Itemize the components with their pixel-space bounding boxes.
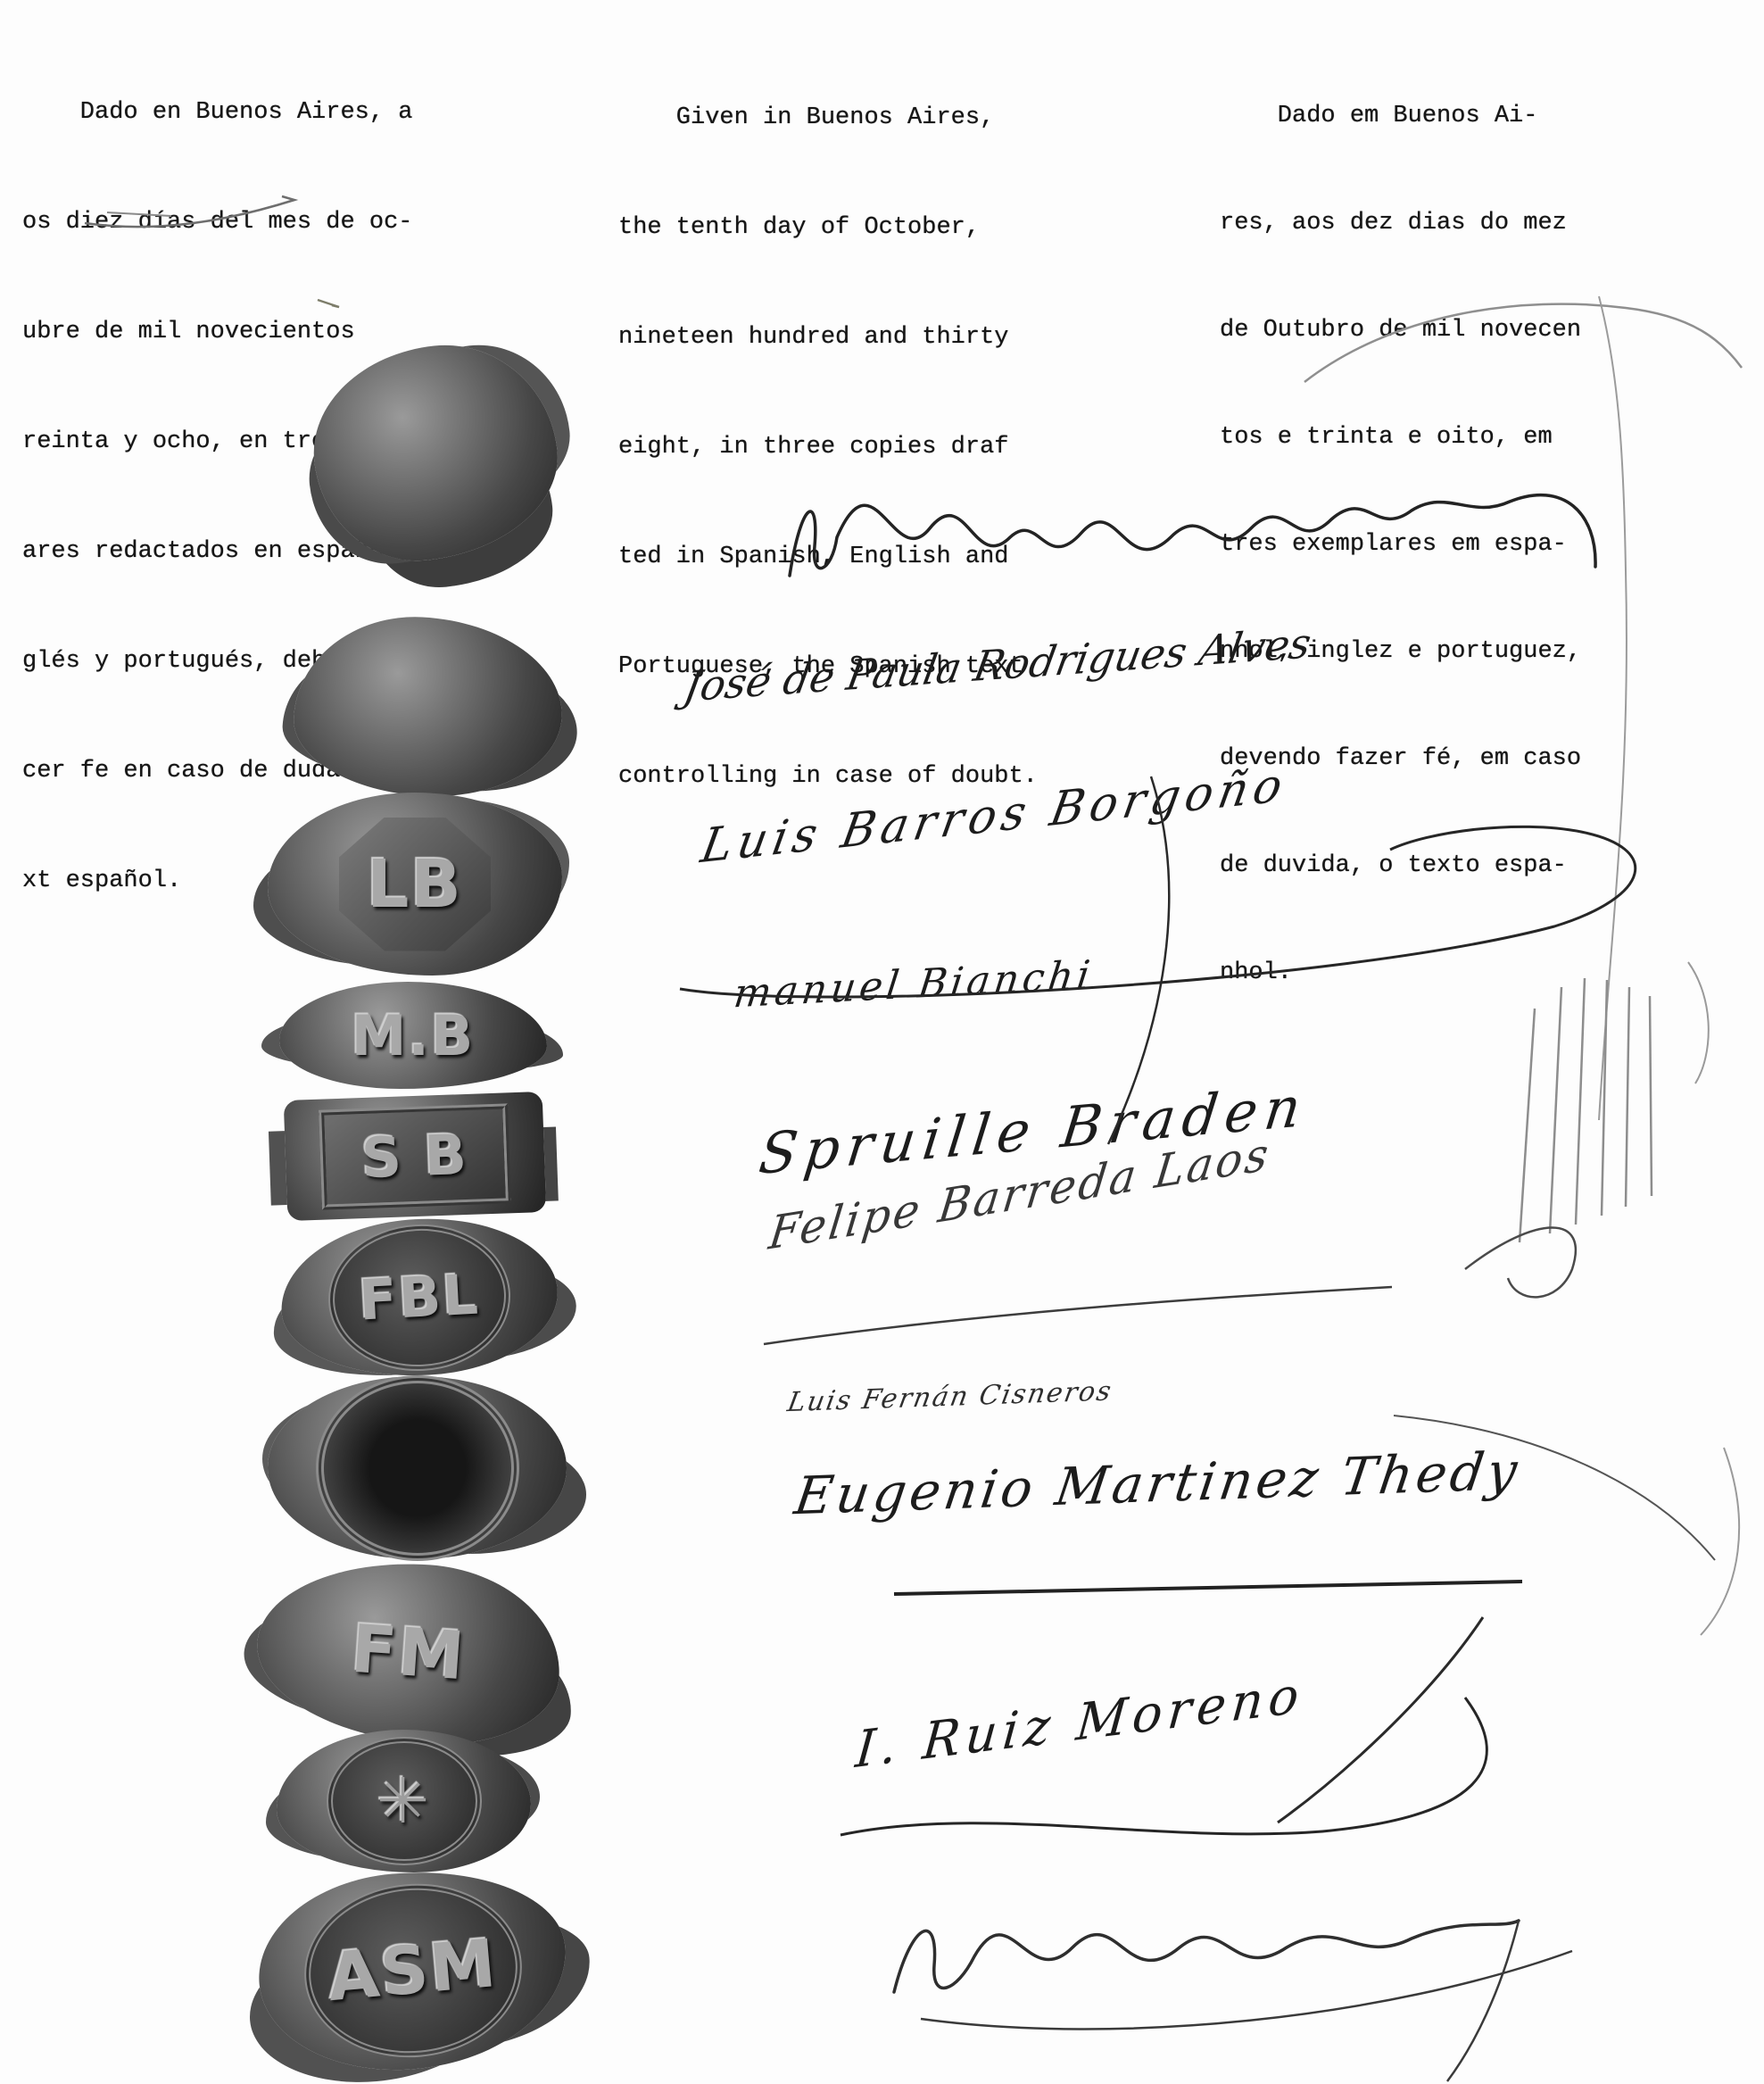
signature-manuel-bianchi: manuel Bianchi	[732, 952, 1097, 1017]
signature-8-pencil-squiggle	[1701, 1448, 1739, 1635]
text-line: tres exemplares em espa-	[1220, 527, 1581, 562]
text-line: Dado en Buenos Aires, a	[22, 95, 412, 131]
wax-seal-8: FM	[251, 1553, 566, 1752]
signature-ruiz-moreno: I. Ruiz Moreno	[853, 1665, 1306, 1780]
seal-monogram-plate: S B	[319, 1103, 511, 1209]
seal-ring: ASM	[297, 1875, 529, 2067]
seal-monogram-sb: S B	[360, 1122, 469, 1191]
seal-ring: ✳	[327, 1737, 482, 1865]
text-line: ubre de mil novecientos	[22, 314, 412, 351]
signature-1-pencil-descender	[1599, 296, 1627, 1120]
signature-fernan-cisneros: Luis Fernán Cisneros	[785, 1375, 1115, 1418]
signature-9-cross-stroke	[1278, 1617, 1483, 1822]
pencil-curl-mark	[1688, 962, 1709, 1084]
english-column: Given in Buenos Aires, the tenth day of …	[618, 27, 1038, 868]
signature-10-underline	[921, 1951, 1572, 2029]
seal-monogram-fbl: FBL	[358, 1262, 482, 1333]
signature-10-scrawl	[894, 1921, 1519, 1992]
text-line: ares redactados en español,	[22, 534, 412, 570]
wax-seal-9: ✳	[277, 1730, 531, 1872]
seal-monogram-lb: LB	[367, 846, 463, 923]
text-line: eight, in three copies draf	[618, 429, 1038, 466]
text-line: de duvida, o texto espa-	[1220, 848, 1581, 884]
signature-10-descender	[1447, 1921, 1519, 2081]
text-line: controlling in case of doubt.	[618, 759, 1038, 795]
seal-monogram-plate: LB	[339, 818, 491, 951]
wax-seal-7	[268, 1376, 567, 1559]
text-line: Given in Buenos Aires,	[618, 100, 1038, 137]
seal-ring	[316, 1375, 519, 1561]
text-line: os diez días del mes de oc-	[22, 204, 412, 241]
seal-monogram-fm: FM	[349, 1611, 468, 1696]
portuguese-column: Dado em Buenos Ai- res, aos dez dias do …	[1220, 27, 1581, 1062]
seal-monogram-mb: M.B	[352, 1003, 476, 1068]
seal-monogram-asm: ASM	[325, 1925, 501, 2016]
signature-6-tail-flourish	[1465, 1228, 1576, 1298]
text-line: res, aos dez dias do mez	[1220, 205, 1581, 241]
text-line: ted in Spanish, English and	[618, 539, 1038, 576]
text-line: tos e trinta e oito, em	[1220, 419, 1581, 455]
text-line: de Outubro de mil novecen	[1220, 312, 1581, 348]
text-line: nineteen hundred and thirty	[618, 320, 1038, 356]
wax-seal-10: ASM	[251, 1859, 575, 2081]
text-line: nhol.	[1220, 955, 1581, 991]
signature-6-underline	[764, 1287, 1392, 1344]
seal-star-motif: ✳	[377, 1764, 431, 1838]
wax-seal-6: FBL	[277, 1212, 562, 1382]
wax-seal-4: M.B	[279, 982, 547, 1089]
signature-8-underline	[894, 1582, 1522, 1594]
document-scan: Dado en Buenos Aires, a os diez días del…	[0, 0, 1764, 2084]
text-line: the tenth day of October,	[618, 210, 1038, 246]
seal-ring: FBL	[325, 1219, 514, 1374]
signature-martinez-thedy: Eugenio Martinez Thedy	[791, 1441, 1524, 1527]
text-line: Dado em Buenos Ai-	[1220, 98, 1581, 134]
wax-seal-5: S B	[284, 1092, 547, 1221]
